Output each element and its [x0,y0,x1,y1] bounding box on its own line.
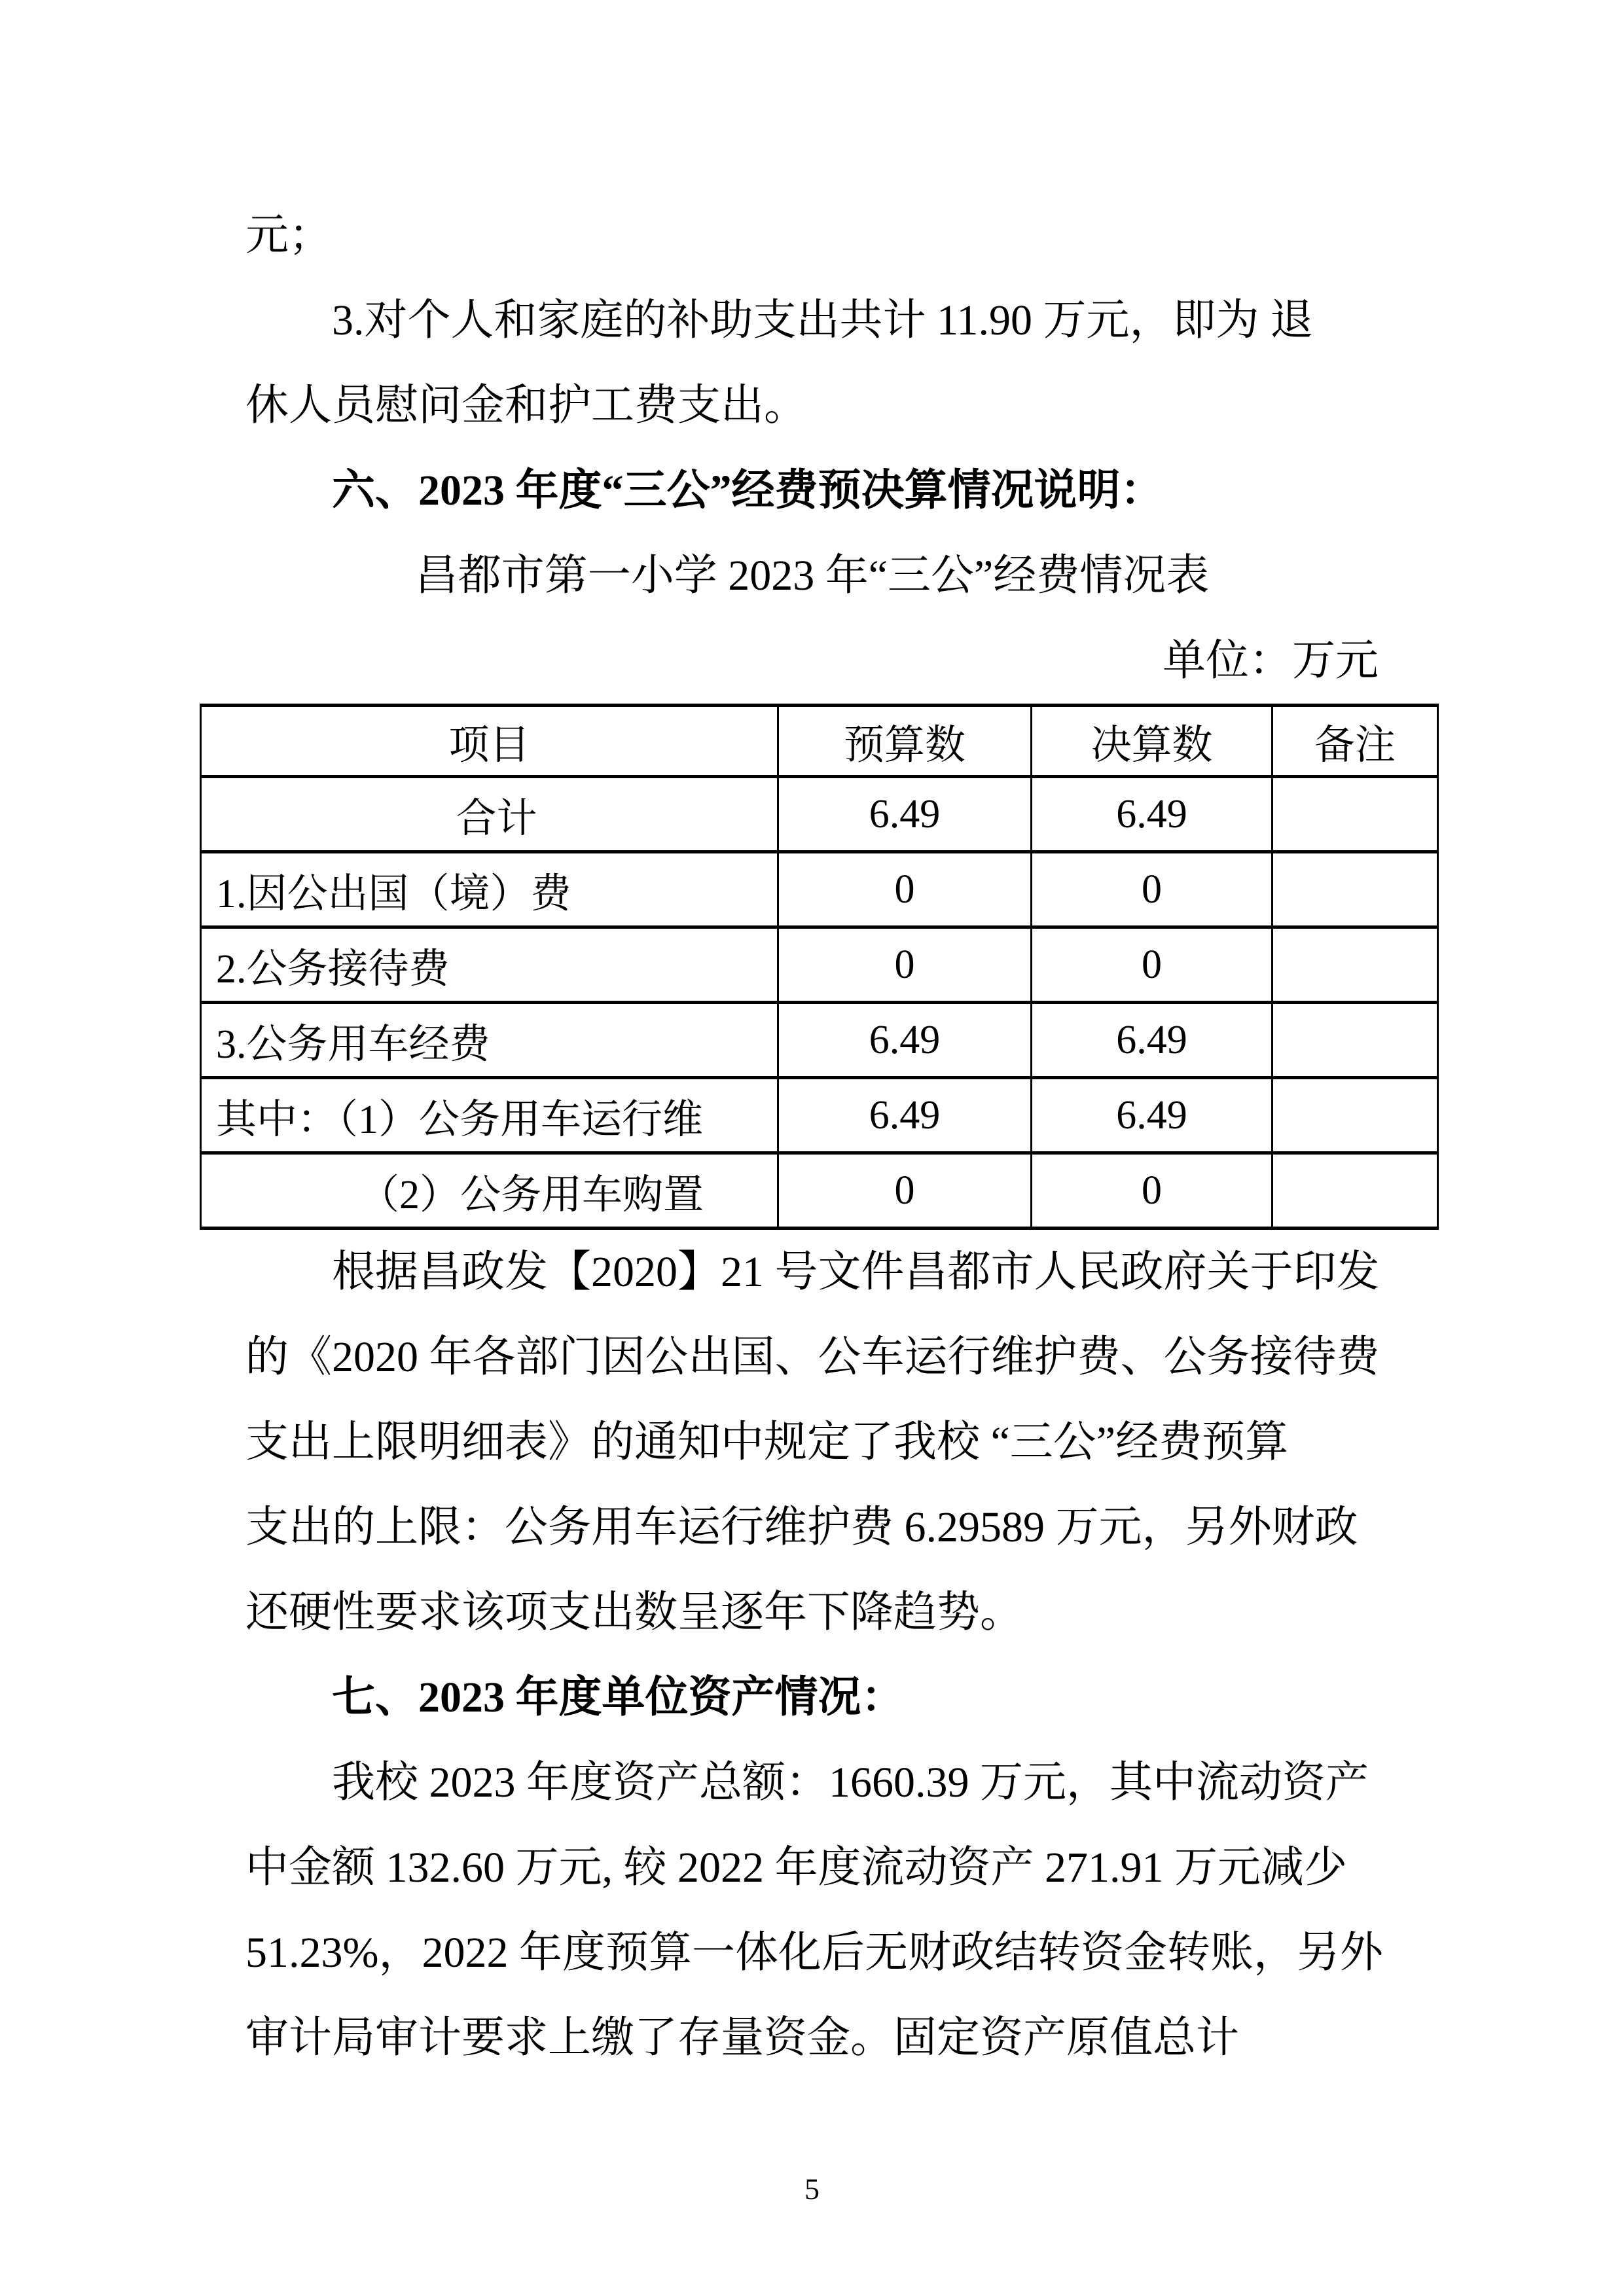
final-cell: 0 [1032,1153,1272,1229]
note-cell [1272,852,1438,927]
table-row-abroad: 1.因公出国（境）费 0 0 [201,852,1438,927]
item-cell: 合计 [201,777,778,852]
note-cell [1272,927,1438,1003]
item-cell: 其中：（1）公务用车运行维 [201,1078,778,1153]
table-row-reception: 2.公务接待费 0 0 [201,927,1438,1003]
header-item: 项目 [201,706,778,777]
table-row-vehicle: 3.公务用车经费 6.49 6.49 [201,1003,1438,1078]
section-7-paragraph-line-2: 中金额 132.60 万元, 较 2022 年度流动资产 271.91 万元减少 [245,1825,1379,1910]
table-row-vehicle-purchase: （2）公务用车购置 0 0 [201,1153,1438,1229]
final-cell: 0 [1032,927,1272,1003]
document-content: 元； 3.对个人和家庭的补助支出共计 11.90 万元，即为 退 休人员慰问金和… [0,0,1624,2081]
final-cell: 6.49 [1032,777,1272,852]
note-cell [1272,777,1438,852]
subsidy-paragraph-line-2: 休人员慰问金和护工费支出。 [245,363,1379,448]
table-row-total: 合计 6.49 6.49 [201,777,1438,852]
budget-cell: 0 [778,852,1032,927]
budget-cell: 6.49 [778,777,1032,852]
budget-cell: 0 [778,1153,1032,1229]
budget-cell: 6.49 [778,1078,1032,1153]
document-page: 元； 3.对个人和家庭的补助支出共计 11.90 万元，即为 退 休人员慰问金和… [0,0,1624,2296]
section-7-paragraph-line-4: 审计局审计要求上缴了存量资金。固定资产原值总计 [245,1996,1379,2081]
section-6-paragraph-line-3: 支出上限明细表》的通知中规定了我校 “三公”经费预算 [245,1400,1379,1485]
page-number: 5 [0,2163,1624,2215]
item-cell: 1.因公出国（境）费 [201,852,778,927]
budget-cell: 6.49 [778,1003,1032,1078]
carryover-line: 元； [245,193,1379,278]
table-header-row: 项目 预算数 决算数 备注 [201,706,1438,777]
note-cell [1272,1153,1438,1229]
subsidy-paragraph-line-1: 3.对个人和家庭的补助支出共计 11.90 万元，即为 退 [245,278,1379,363]
header-budget: 预算数 [778,706,1032,777]
item-cell: （2）公务用车购置 [201,1153,778,1229]
section-6-heading: 六、2023 年度“三公”经费预决算情况说明： [245,448,1379,533]
table-title: 昌都市第一小学 2023 年“三公”经费情况表 [245,533,1379,619]
final-cell: 6.49 [1032,1003,1272,1078]
unit-label: 单位：万元 [245,619,1379,704]
section-7-paragraph-line-3: 51.23%，2022 年度预算一体化后无财政结转资金转账，另外 [245,1910,1379,1996]
item-cell: 3.公务用车经费 [201,1003,778,1078]
section-7-paragraph-line-1: 我校 2023 年度资产总额：1660.39 万元，其中流动资产 [245,1740,1379,1825]
sangong-expense-table: 项目 预算数 决算数 备注 合计 6.49 6.49 1.因公出国（境）费 0 … [200,704,1439,1230]
section-6-paragraph-line-1: 根据昌政发【2020】21 号文件昌都市人民政府关于印发 [245,1230,1379,1315]
final-cell: 6.49 [1032,1078,1272,1153]
final-cell: 0 [1032,852,1272,927]
table-row-vehicle-operation: 其中：（1）公务用车运行维 6.49 6.49 [201,1078,1438,1153]
item-cell: 2.公务接待费 [201,927,778,1003]
section-6-paragraph-line-4: 支出的上限：公务用车运行维护费 6.29589 万元，另外财政 [245,1485,1379,1570]
budget-cell: 0 [778,927,1032,1003]
section-6-paragraph-line-2: 的《2020 年各部门因公出国、公车运行维护费、公务接待费 [245,1315,1379,1400]
header-final: 决算数 [1032,706,1272,777]
note-cell [1272,1003,1438,1078]
header-note: 备注 [1272,706,1438,777]
section-6-paragraph-line-5: 还硬性要求该项支出数呈逐年下降趋势。 [245,1570,1379,1655]
note-cell [1272,1078,1438,1153]
section-7-heading: 七、2023 年度单位资产情况： [245,1655,1379,1740]
